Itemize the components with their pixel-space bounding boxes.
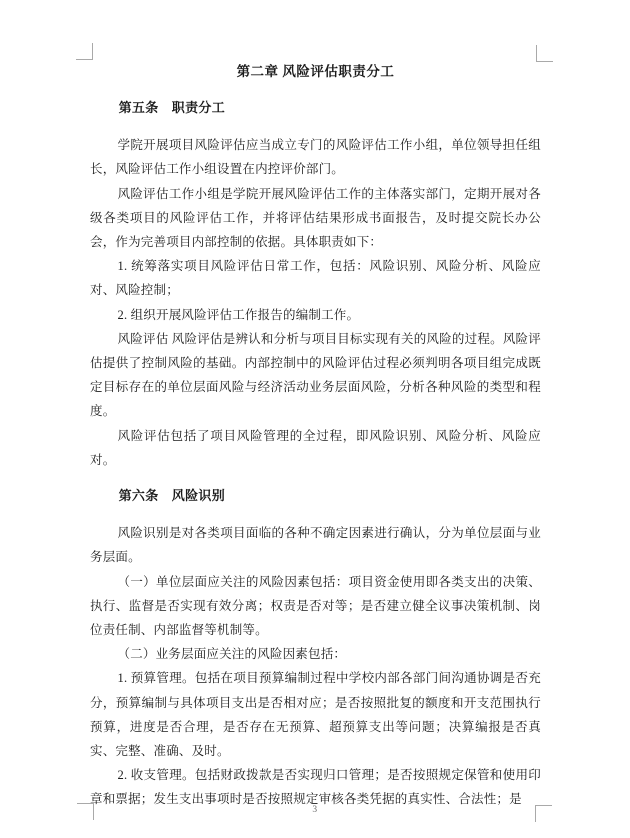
list-item-2: 2. 组织开展风险评估工作报告的编制工作。 (90, 303, 541, 327)
section-heading-article-5: 第五条 职责分工 (90, 96, 541, 120)
crop-mark-top-left (76, 43, 93, 60)
page-number: 3 (0, 805, 630, 815)
document-body: 第二章 风险评估职责分工 第五条 职责分工学院开展项目风险评估应当成立专门的风险… (90, 60, 541, 812)
list-item-unit-level: （一）单位层面应关注的风险因素包括：项目资金使用即各类支出的决策、执行、监督是否… (90, 570, 541, 643)
paragraph: 风险评估 风险评估是辨认和分析与项目目标实现有关的风险的过程。风险评估提供了控制… (90, 327, 541, 424)
paragraph: 风险评估包括了项目风险管理的全过程，即风险识别、风险分析、风险应对。 (90, 424, 541, 472)
paragraph-container: 第五条 职责分工学院开展项目风险评估应当成立专门的风险评估工作小组，单位领导担任… (90, 96, 541, 812)
chapter-title: 第二章 风险评估职责分工 (90, 60, 541, 84)
section-heading-article-6: 第六条 风险识别 (90, 484, 541, 508)
paragraph: 风险识别是对各类项目面临的各种不确定因素进行确认，分为单位层面与业务层面。 (90, 521, 541, 569)
paragraph: 风险评估工作小组是学院开展风险评估工作的主体落实部门，定期开展对各级各类项目的风… (90, 182, 541, 255)
list-item-budget-management: 1. 预算管理。包括在项目预算编制过程中学校内部各部门间沟通协调是否充分，预算编… (90, 666, 541, 763)
paragraph: 学院开展项目风险评估应当成立专门的风险评估工作小组，单位领导担任组长，风险评估工… (90, 133, 541, 181)
document-page: 第二章 风险评估职责分工 第五条 职责分工学院开展项目风险评估应当成立专门的风险… (0, 0, 630, 838)
list-item-business-level: （二）业务层面应关注的风险因素包括： (90, 642, 541, 666)
list-item-1: 1. 统筹落实项目风险评估日常工作，包括：风险识别、风险分析、风险应对、风险控制… (90, 254, 541, 302)
